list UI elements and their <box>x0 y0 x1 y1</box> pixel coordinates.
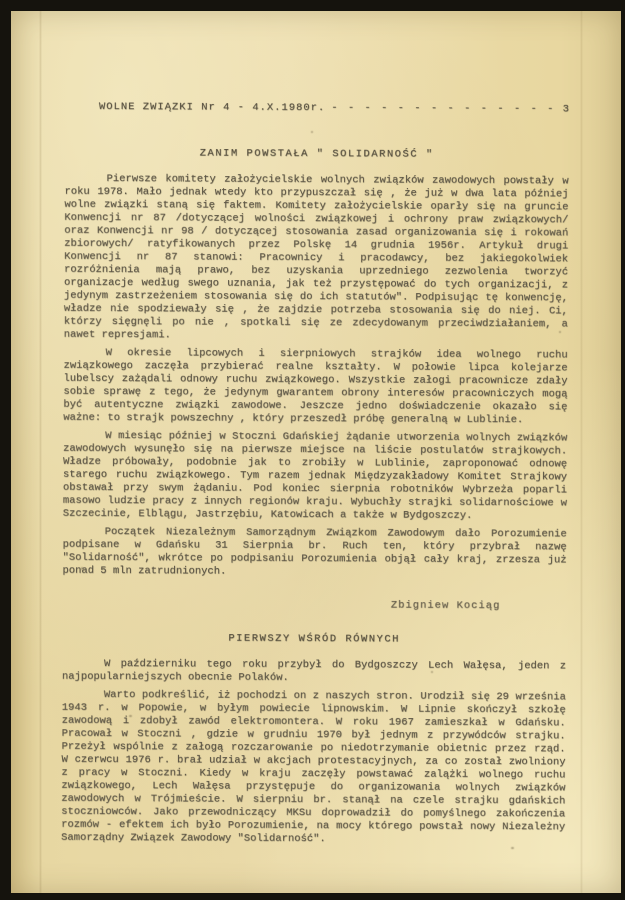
article2-title: PIERWSZY WŚRÓD RÓWNYCH <box>62 632 566 648</box>
article1-paragraph-3: W miesiąc później w Stoczni Gdańskiej żą… <box>63 430 567 524</box>
paper-crease <box>580 11 583 893</box>
article1-paragraph-1: Pierwsze komitety założycielskie wolnych… <box>64 173 569 345</box>
typewritten-content: WOLNE ZWIĄZKI Nr 4 - 4.X.1980r. - - - - … <box>61 101 569 848</box>
article1-paragraph-2: W okresie lipcowych i sierpniowych straj… <box>63 347 567 428</box>
article2-paragraph-1: W październiku tego roku przybył do Bydg… <box>62 658 566 687</box>
paper-page: WOLNE ZWIĄZKI Nr 4 - 4.X.1980r. - - - - … <box>11 11 621 893</box>
scan-frame: WOLNE ZWIĄZKI Nr 4 - 4.X.1980r. - - - - … <box>0 0 625 900</box>
article1-paragraph-4: Początek Niezależnym Samorządnym Związko… <box>62 526 566 581</box>
masthead-rule: - - - - - - - - - - - - - - - - - - - - … <box>331 102 556 116</box>
article1-title: ZANIM POWSTAŁA " SOLIDARNOŚĆ " <box>65 147 569 163</box>
article1-signature: Zbigniew Kociąg <box>62 598 566 614</box>
ink-speck <box>511 847 514 849</box>
paper-crease <box>39 11 42 893</box>
masthead-title: WOLNE ZWIĄZKI Nr 4 - 4.X.1980r. <box>99 101 325 115</box>
masthead-line: WOLNE ZWIĄZKI Nr 4 - 4.X.1980r. - - - - … <box>65 101 569 117</box>
page-number: 3 <box>563 103 569 116</box>
article2-paragraph-2: Warto podkreślić, iż pochodzi on z naszy… <box>61 689 566 848</box>
